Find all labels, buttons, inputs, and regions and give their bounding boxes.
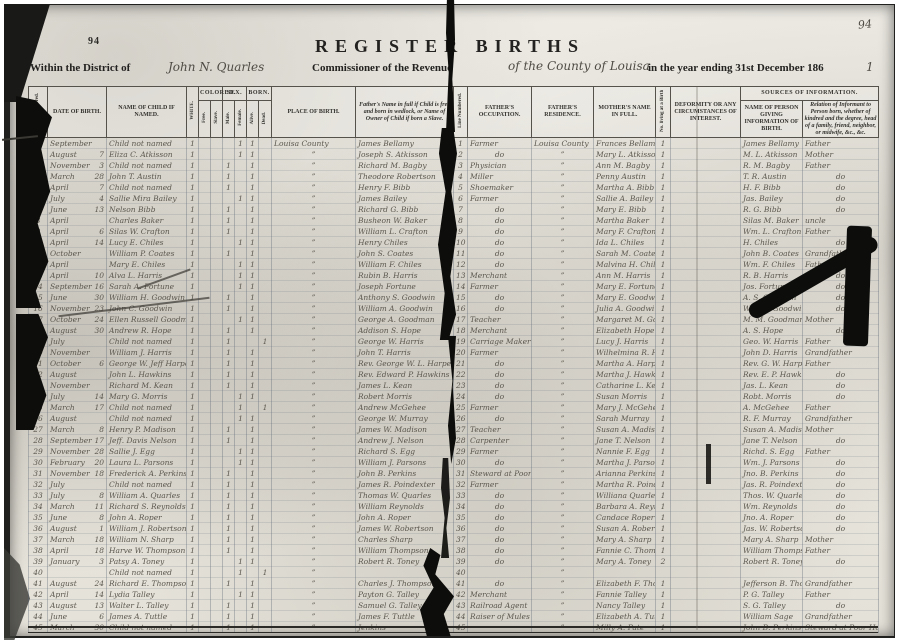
cell-name: Mary G. Morris — [107, 391, 187, 402]
cell-occ: Farmer — [468, 479, 532, 490]
cell-inf: R. F. Murray — [741, 413, 803, 424]
cell-res: ” — [532, 523, 594, 534]
cell-m: 1 — [223, 501, 235, 512]
cell-father: Anthony S. Goodwin — [356, 292, 454, 303]
cell-cs — [211, 336, 223, 347]
cell-occ: do — [468, 204, 532, 215]
cell-inf: Richd. S. Egg — [741, 446, 803, 457]
cell-w: 1 — [187, 567, 199, 578]
cell-res: ” — [532, 358, 594, 369]
cell-date: July — [48, 336, 107, 347]
cell-a: 1 — [247, 182, 259, 193]
cell-res: ” — [532, 336, 594, 347]
cell-cs — [211, 248, 223, 259]
cell-a — [247, 567, 259, 578]
cell-n2: 43 — [454, 600, 468, 611]
cell-f — [235, 512, 247, 523]
cell-res: ” — [532, 171, 594, 182]
cell-place: ” — [272, 303, 356, 314]
cell-f — [235, 424, 247, 435]
cell-m — [223, 402, 235, 413]
cell-cf — [199, 281, 211, 292]
cell-res: ” — [532, 391, 594, 402]
cell-father: Richard G. Bibb — [356, 204, 454, 215]
cell-f — [235, 490, 247, 501]
cell-inf: A. McGehee — [741, 402, 803, 413]
cell-f: 1 — [235, 556, 247, 567]
cell-n: 31 — [29, 468, 48, 479]
cell-n2: 12 — [454, 259, 468, 270]
cell-w: 1 — [187, 479, 199, 490]
cell-res: ” — [532, 270, 594, 281]
cell-cf — [199, 446, 211, 457]
cell-name: Richard M. Kean — [107, 380, 187, 391]
cell-cf — [199, 413, 211, 424]
cell-father: Joseph Fortune — [356, 281, 454, 292]
cell-d — [259, 314, 272, 325]
cell-f — [235, 226, 247, 237]
cell-cs — [211, 138, 223, 149]
table-row: 36August1William J. Robertson111”James W… — [29, 523, 879, 534]
cell-m — [223, 589, 235, 600]
cell-cs — [211, 182, 223, 193]
cell-m: 1 — [223, 369, 235, 380]
cell-m: 1 — [223, 479, 235, 490]
cell-place: ” — [272, 501, 356, 512]
cell-mother: Wilhelmina R. Harris — [594, 347, 656, 358]
cell-mother: Margaret M. Goodman — [594, 314, 656, 325]
cell-a: 1 — [247, 512, 259, 523]
cell-date: March18 — [48, 534, 107, 545]
cell-rel: do — [803, 490, 879, 501]
cell-place: ” — [272, 468, 356, 479]
cell-date: June8 — [48, 512, 107, 523]
cell-mother: Catharine L. Kean — [594, 380, 656, 391]
cell-a — [247, 402, 259, 413]
cell-name: Child not named — [107, 160, 187, 171]
cell-res: ” — [532, 226, 594, 237]
cell-a: 1 — [247, 270, 259, 281]
cell-def — [671, 270, 741, 281]
cell-w: 1 — [187, 380, 199, 391]
cell-m: 1 — [223, 325, 235, 336]
col-deformity: DEFORMITY OR ANY CIRCUMSTANCES OF INTERE… — [671, 87, 741, 138]
group-sex: SEX. — [223, 87, 247, 101]
cell-m — [223, 138, 235, 149]
cell-res: ” — [532, 468, 594, 479]
cell-place: ” — [272, 545, 356, 556]
cell-res: ” — [532, 292, 594, 303]
cell-inf — [741, 567, 803, 578]
col-colored-free: Free. — [199, 101, 211, 138]
cell-num: 1 — [656, 380, 671, 391]
cell-res: ” — [532, 402, 594, 413]
cell-w: 1 — [187, 347, 199, 358]
cell-inf: H. F. Bibb — [741, 182, 803, 193]
cell-n: 33 — [29, 490, 48, 501]
cell-w: 1 — [187, 182, 199, 193]
cell-cs — [211, 369, 223, 380]
cell-place: ” — [272, 171, 356, 182]
table-row: 12AprilMary E. Chiles111”William F. Chil… — [29, 259, 879, 270]
cell-mother: Mary A. Toney — [594, 556, 656, 567]
cell-n: 40 — [29, 567, 48, 578]
cell-name: Child not named — [107, 413, 187, 424]
col-line-number-2: Line Numbered. — [454, 87, 468, 138]
paper-fold-line — [696, 86, 698, 630]
cell-cs — [211, 446, 223, 457]
cell-mother: Ida L. Chiles — [594, 237, 656, 248]
cell-cf — [199, 589, 211, 600]
cell-occ: do — [468, 578, 532, 589]
cell-rel: Father — [803, 358, 879, 369]
cell-place: ” — [272, 292, 356, 303]
cell-w: 1 — [187, 314, 199, 325]
cell-place: ” — [272, 259, 356, 270]
commissioner-label: Commissioner of the Revenue — [312, 62, 452, 74]
cell-res: ” — [532, 545, 594, 556]
cell-f — [235, 248, 247, 259]
cell-place: ” — [272, 435, 356, 446]
cell-d — [259, 391, 272, 402]
cell-def — [671, 281, 741, 292]
cell-cf — [199, 314, 211, 325]
cell-f — [235, 600, 247, 611]
cell-m — [223, 446, 235, 457]
cell-father: James Bellamy — [356, 138, 454, 149]
ink-nick — [706, 444, 711, 484]
cell-occ: Steward at Poor House — [468, 468, 532, 479]
cell-n2: 38 — [454, 545, 468, 556]
cell-rel: Mother — [803, 424, 879, 435]
cell-occ: Shoemaker — [468, 182, 532, 193]
cell-res: ” — [532, 512, 594, 523]
cell-w: 1 — [187, 138, 199, 149]
cell-occ: do — [468, 248, 532, 259]
cell-father: Andrew J. Nelson — [356, 435, 454, 446]
cell-date: August1 — [48, 523, 107, 534]
cell-inf: Jas. R. Poindexter — [741, 479, 803, 490]
cell-cf — [199, 336, 211, 347]
cell-place: ” — [272, 182, 356, 193]
cell-cf — [199, 270, 211, 281]
cell-date: August — [48, 413, 107, 424]
cell-father: William F. Chiles — [356, 259, 454, 270]
table-row: 43August13Walter L. Talley111”Samuel G. … — [29, 600, 879, 611]
col-sex-male: Male. — [223, 101, 235, 138]
cell-mother: Sarah M. Coates — [594, 248, 656, 259]
cell-d — [259, 578, 272, 589]
cell-d — [259, 358, 272, 369]
cell-m: 1 — [223, 545, 235, 556]
cell-father: Theodore Robertson — [356, 171, 454, 182]
cell-cf — [199, 149, 211, 160]
cell-num: 1 — [656, 171, 671, 182]
cell-a: 1 — [247, 347, 259, 358]
cell-w: 1 — [187, 424, 199, 435]
cell-num: 1 — [656, 215, 671, 226]
cell-f — [235, 358, 247, 369]
cell-d — [259, 446, 272, 457]
commissioner-handwritten-value: of the County of Louisa — [508, 59, 650, 73]
cell-d — [259, 138, 272, 149]
cell-inf: John B. Coates — [741, 248, 803, 259]
cell-father: Rev. Edward P. Hawkins — [356, 369, 454, 380]
cell-res: ” — [532, 281, 594, 292]
cell-occ: Farmer — [468, 138, 532, 149]
cell-m: 1 — [223, 380, 235, 391]
cell-num: 1 — [656, 534, 671, 545]
cell-name: Sallie J. Egg — [107, 446, 187, 457]
cell-m: 1 — [223, 226, 235, 237]
cell-place: ” — [272, 358, 356, 369]
table-row: 30February20Laura L. Parsons111”William … — [29, 457, 879, 468]
cell-name: Jeff. Davis Nelson — [107, 435, 187, 446]
cell-cs — [211, 457, 223, 468]
cell-d — [259, 424, 272, 435]
cell-a: 1 — [247, 303, 259, 314]
cell-rel: do — [803, 600, 879, 611]
cell-d — [259, 534, 272, 545]
cell-def — [671, 314, 741, 325]
cell-rel: Father — [803, 138, 879, 149]
cell-d — [259, 281, 272, 292]
cell-d — [259, 611, 272, 622]
cell-n2: 25 — [454, 402, 468, 413]
col-informant-name: NAME OF PERSON GIVING INFORMATION OF BIR… — [741, 101, 803, 138]
cell-cf — [199, 402, 211, 413]
cell-name: Walter L. Talley — [107, 600, 187, 611]
cell-f: 1 — [235, 270, 247, 281]
cell-res: ” — [532, 149, 594, 160]
cell-name: Richard S. Reynolds — [107, 501, 187, 512]
cell-place: ” — [272, 237, 356, 248]
cell-n2: 30 — [454, 457, 468, 468]
cell-a: 1 — [247, 248, 259, 259]
cell-w: 1 — [187, 204, 199, 215]
cell-f — [235, 347, 247, 358]
cell-w: 1 — [187, 391, 199, 402]
cell-occ: do — [468, 490, 532, 501]
cell-res: ” — [532, 413, 594, 424]
cell-mother: Susan A. Robertson — [594, 523, 656, 534]
cell-m — [223, 270, 235, 281]
cell-inf: Mary A. Sharp — [741, 534, 803, 545]
cell-inf: Jane T. Nelson — [741, 435, 803, 446]
cell-occ: do — [468, 523, 532, 534]
cell-rel: Father — [803, 446, 879, 457]
cell-father: John B. Perkins — [356, 468, 454, 479]
cell-cs — [211, 534, 223, 545]
table-row: 31November18Frederick A. Perkins111”John… — [29, 468, 879, 479]
cell-mother: Nancy Talley — [594, 600, 656, 611]
cell-num: 1 — [656, 369, 671, 380]
cell-inf: Jno. A. Roper — [741, 512, 803, 523]
cell-f — [235, 292, 247, 303]
cell-f: 1 — [235, 446, 247, 457]
cell-f: 1 — [235, 391, 247, 402]
cell-cs — [211, 611, 223, 622]
cell-father: William J. Parsons — [356, 457, 454, 468]
cell-occ: do — [468, 292, 532, 303]
cell-d — [259, 303, 272, 314]
col-born-alive: Alive. — [247, 101, 259, 138]
cell-w: 1 — [187, 248, 199, 259]
cell-mother — [594, 567, 656, 578]
cell-n: 29 — [29, 446, 48, 457]
cell-occ: do — [468, 237, 532, 248]
cell-inf: Jno. B. Perkins — [741, 468, 803, 479]
cell-res: ” — [532, 248, 594, 259]
cell-mother: Jane T. Nelson — [594, 435, 656, 446]
table-row: 32JulyChild not named111”James R. Poinde… — [29, 479, 879, 490]
cell-occ: Merchant — [468, 270, 532, 281]
cell-cf — [199, 226, 211, 237]
cell-def — [671, 237, 741, 248]
cell-inf: Wm. L. Crafton — [741, 226, 803, 237]
cell-father: Joseph S. Atkisson — [356, 149, 454, 160]
cell-n: 43 — [29, 600, 48, 611]
cell-def — [671, 215, 741, 226]
cell-cs — [211, 281, 223, 292]
cell-name: Laura L. Parsons — [107, 457, 187, 468]
table-row: 35June8John A. Roper111”John A. Roper35d… — [29, 512, 879, 523]
cell-res: ” — [532, 193, 594, 204]
cell-cf — [199, 611, 211, 622]
cell-cs — [211, 567, 223, 578]
cell-d — [259, 259, 272, 270]
cell-occ: Farmer — [468, 446, 532, 457]
col-child-name: NAME OF CHILD IF NAMED. — [107, 87, 187, 138]
cell-name: Charles Baker — [107, 215, 187, 226]
cell-inf: P. G. Talley — [741, 589, 803, 600]
cell-inf: John D. Harris — [741, 347, 803, 358]
cell-cs — [211, 314, 223, 325]
cell-def — [671, 556, 741, 567]
cell-n: 32 — [29, 479, 48, 490]
cell-num: 1 — [656, 402, 671, 413]
cell-f — [235, 160, 247, 171]
cell-num: 1 — [656, 468, 671, 479]
cell-m: 1 — [223, 160, 235, 171]
cell-occ: do — [468, 534, 532, 545]
cell-name: John L. Hawkins — [107, 369, 187, 380]
cell-f: 1 — [235, 589, 247, 600]
cell-father: George A. Goodman — [356, 314, 454, 325]
cell-place: ” — [272, 589, 356, 600]
cell-n2: 4 — [454, 171, 468, 182]
cell-occ: do — [468, 226, 532, 237]
cell-mother: Mary E. Fortune — [594, 281, 656, 292]
cell-mother: Mary E. Bibb — [594, 204, 656, 215]
cell-cs — [211, 413, 223, 424]
cell-w: 1 — [187, 468, 199, 479]
cell-occ: do — [468, 457, 532, 468]
cell-date: August7 — [48, 149, 107, 160]
cell-res: ” — [532, 303, 594, 314]
cell-father: Richard S. Egg — [356, 446, 454, 457]
cell-rel: uncle — [803, 215, 879, 226]
cell-num: 1 — [656, 336, 671, 347]
cell-w: 1 — [187, 237, 199, 248]
cell-num: 1 — [656, 512, 671, 523]
cell-name: Silas W. Crafton — [107, 226, 187, 237]
cell-f — [235, 523, 247, 534]
cell-num: 1 — [656, 259, 671, 270]
cell-f: 1 — [235, 567, 247, 578]
cell-f — [235, 479, 247, 490]
cell-n2: 7 — [454, 204, 468, 215]
cell-a: 1 — [247, 611, 259, 622]
cell-father: James Bailey — [356, 193, 454, 204]
cell-father: Richard M. Bagby — [356, 160, 454, 171]
cell-place: ” — [272, 204, 356, 215]
cell-num: 1 — [656, 270, 671, 281]
cell-res: ” — [532, 369, 594, 380]
cell-rel: Grandfather — [803, 413, 879, 424]
cell-date: July8 — [48, 490, 107, 501]
cell-name: William J. Harris — [107, 347, 187, 358]
cell-m: 1 — [223, 358, 235, 369]
cell-name: William P. Coates — [107, 248, 187, 259]
cell-def — [671, 193, 741, 204]
cell-m: 1 — [223, 435, 235, 446]
cell-cf — [199, 347, 211, 358]
cell-date: November — [48, 380, 107, 391]
cell-date: June13 — [48, 204, 107, 215]
cell-def — [671, 589, 741, 600]
cell-res: ” — [532, 314, 594, 325]
cell-inf: Thos. W. Quarles — [741, 490, 803, 501]
col-born-dead: Dead. — [259, 101, 272, 138]
cell-inf: Geo. W. Harris — [741, 336, 803, 347]
cell-place: ” — [272, 149, 356, 160]
cell-a: 1 — [247, 193, 259, 204]
cell-d — [259, 182, 272, 193]
cell-rel: do — [803, 468, 879, 479]
cell-name: Richard E. Thompson — [107, 578, 187, 589]
cell-name: Child not named — [107, 567, 187, 578]
cell-n2: 22 — [454, 369, 468, 380]
scanned-register-page: { "page": { "printed_number": "94", "han… — [0, 0, 900, 643]
cell-d: 1 — [259, 336, 272, 347]
cell-def — [671, 578, 741, 589]
col-sex-female: Female. — [235, 101, 247, 138]
cell-w: 1 — [187, 149, 199, 160]
cell-inf: H. Chiles — [741, 237, 803, 248]
cell-n2: 13 — [454, 270, 468, 281]
cell-w: 1 — [187, 523, 199, 534]
cell-num: 1 — [656, 226, 671, 237]
cell-m — [223, 281, 235, 292]
cell-n: 44 — [29, 611, 48, 622]
cell-date: April — [48, 215, 107, 226]
cell-def — [671, 259, 741, 270]
table-bottom-rule — [28, 626, 878, 633]
cell-father: Addison S. Hope — [356, 325, 454, 336]
cell-num: 1 — [656, 457, 671, 468]
cell-father: John T. Harris — [356, 347, 454, 358]
cell-n2: 33 — [454, 490, 468, 501]
cell-name: William J. Robertson — [107, 523, 187, 534]
cell-inf: Wm. J. Parsons — [741, 457, 803, 468]
cell-mother: Fannie Talley — [594, 589, 656, 600]
cell-name: Child not named — [107, 182, 187, 193]
cell-date: August30 — [48, 325, 107, 336]
cell-res: ” — [532, 501, 594, 512]
cell-cf — [199, 182, 211, 193]
cell-occ: do — [468, 391, 532, 402]
